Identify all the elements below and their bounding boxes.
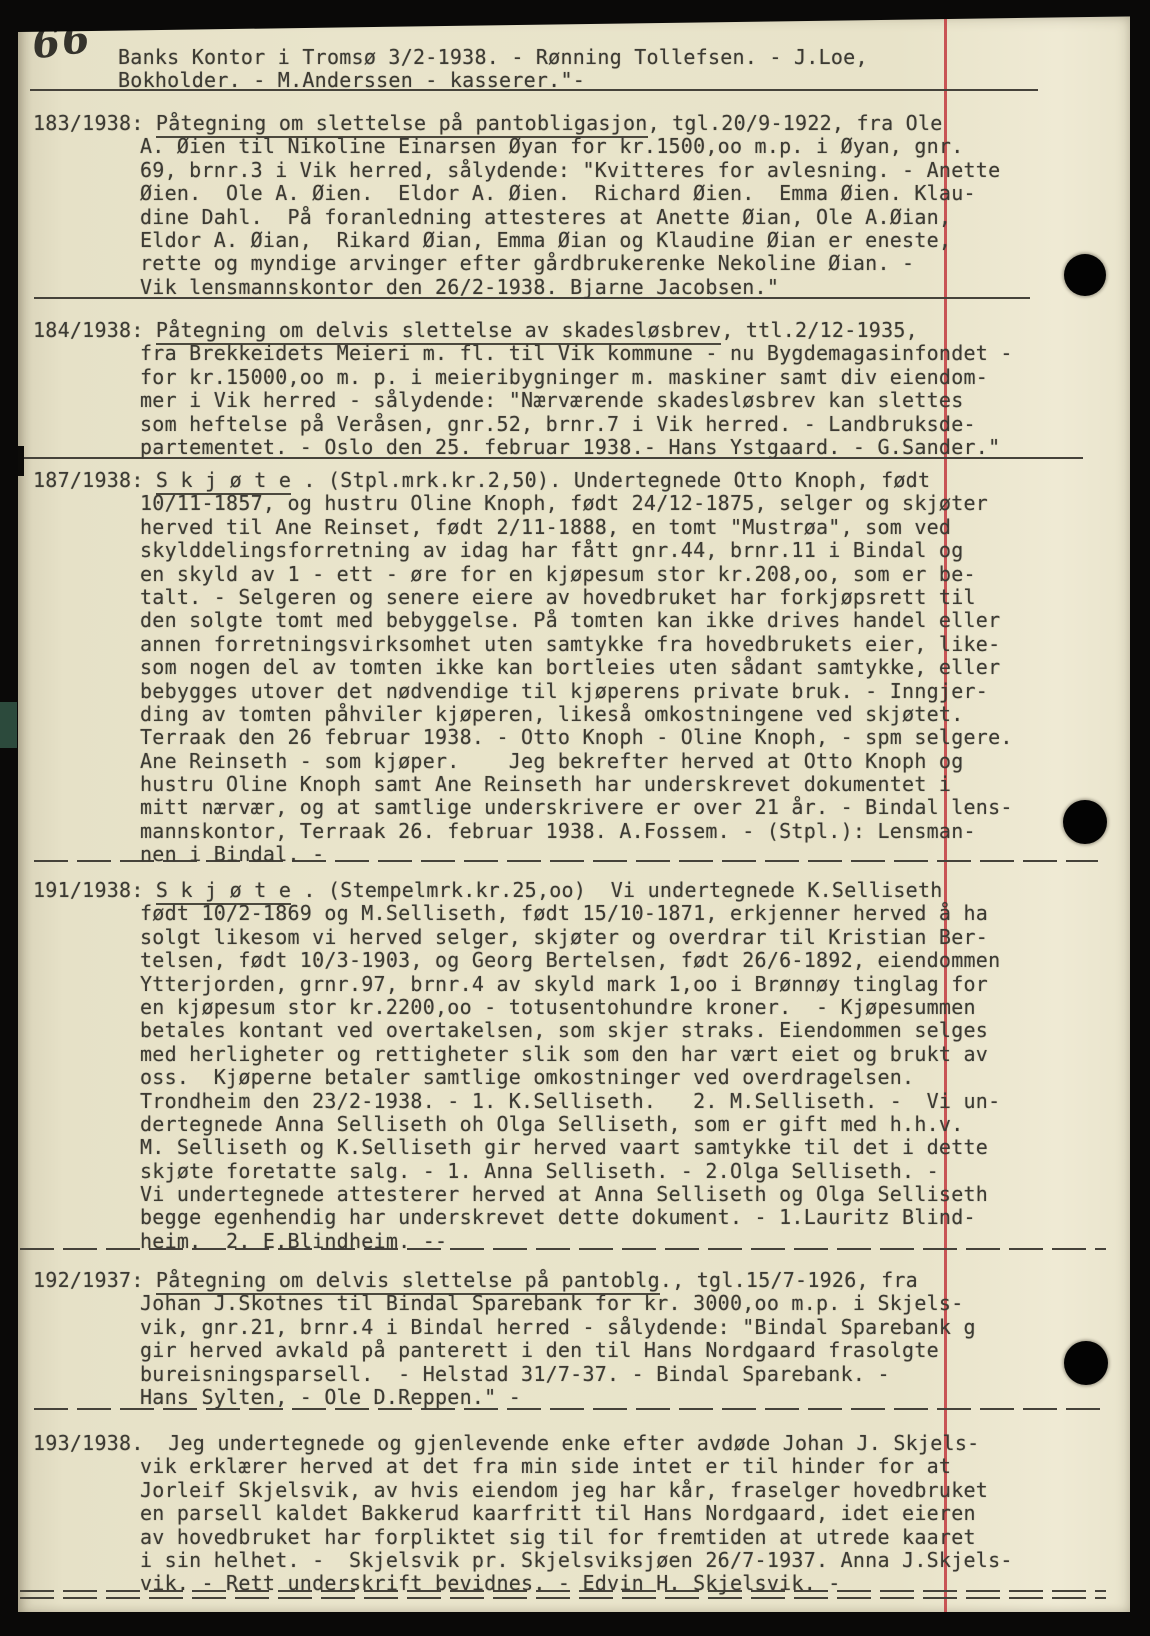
text-line: for kr.15000,oo m. p. i meieribygninger …: [33, 366, 1013, 389]
text-line: fra Brekkeidets Meieri m. fl. til Vik ko…: [33, 342, 1013, 365]
text-line: Terraak den 26 februar 1938. - Otto Knop…: [33, 726, 1013, 749]
text-line: en parsell kaldet Bakkerud kaarfritt til…: [33, 1502, 1013, 1525]
entry-number: 191/1938:: [33, 878, 144, 902]
text-line: Eldor A. Øian, Rikard Øian, Emma Øian og…: [33, 229, 1000, 252]
entry-number: 193/1938.: [33, 1431, 144, 1455]
text-line: 193/1938. Jeg undertegnede og gjenlevend…: [33, 1432, 1013, 1455]
text-line: en kjøpesum stor kr.2200,oo - totusentoh…: [33, 996, 1000, 1019]
text-line: av hovedbruket har forpliktet sig til fo…: [33, 1526, 1013, 1549]
scan-edge-right: [1130, 0, 1150, 1636]
text-line: oss. Kjøperne betaler samtlige omkostnin…: [33, 1066, 1000, 1089]
text-line: rette og myndige arvinger efter gårdbruk…: [33, 252, 1000, 275]
text-line: ding av tomten påhviler kjøperen, likeså…: [33, 703, 1013, 726]
text-line: 184/1938: Påtegning om delvis slettelse …: [33, 319, 1013, 342]
text-line: A. Øien til Nikoline Einarsen Øyan for k…: [33, 135, 1000, 158]
text-line: vik, gnr.21, brnr.4 i Bindal herred - så…: [33, 1316, 976, 1339]
entry-continuation-header: Banks Kontor i Tromsø 3/2-1938. - Rønnin…: [118, 46, 868, 93]
text-line: betales kontant ved overtakelsen, som sk…: [33, 1019, 1000, 1042]
text-line: dertegnede Anna Selliseth oh Olga Sellis…: [33, 1113, 1000, 1136]
text-line: en skyld av 1 - ett - øre for en kjøpesu…: [33, 563, 1013, 586]
text-line: Jorleif Skjelsvik, av hvis eiendom jeg h…: [33, 1479, 1013, 1502]
text-line: 191/1938: S k j ø t e . (Stempelmrk.kr.2…: [33, 879, 1000, 902]
text-line: Øien. Ole A. Øien. Eldor A. Øien. Richar…: [33, 182, 1000, 205]
text-line: som heftelse på Veråsen, gnr.52, brnr.7 …: [33, 413, 1013, 436]
text-line: Banks Kontor i Tromsø 3/2-1938. - Rønnin…: [118, 46, 868, 69]
text-line: 183/1938: Påtegning om slettelse på pant…: [33, 112, 1000, 135]
text-line: heim. 2. E.Blindheim. --: [33, 1230, 1000, 1253]
text-line: Johan J.Skotnes til Bindal Sparebank for…: [33, 1292, 976, 1315]
text-line: den solgte tomt med bebyggelse. På tomte…: [33, 609, 1013, 632]
text-line: 192/1937: Påtegning om delvis slettelse …: [33, 1269, 976, 1292]
text-line: som nogen del av tomten ikke kan bortlei…: [33, 656, 1013, 679]
entry-heading-rest: ., tgl.15/7-1926, fra: [660, 1268, 918, 1292]
scan-artifact-green: [0, 702, 17, 748]
text-line: Bokholder. - M.Anderssen - kasserer."-: [118, 69, 868, 92]
registry-entry-191-1938: 191/1938: S k j ø t e . (Stempelmrk.kr.2…: [33, 879, 1000, 1253]
entry-number: 183/1938:: [33, 111, 144, 135]
text-line: bebygges utover det nødvendige til kjøpe…: [33, 680, 1013, 703]
entry-number: 192/1937:: [33, 1268, 144, 1292]
text-line: skylddelingsforretning av idag har fått …: [33, 539, 1013, 562]
text-line: telsen, født 10/3-1903, og Georg Bertels…: [33, 949, 1000, 972]
entry-heading-rest: , tgl.20/9-1922, fra Ole: [648, 111, 943, 135]
text-line: begge egenhendig har underskrevet dette …: [33, 1206, 1000, 1229]
text-line: mer i Vik herred - sålydende: "Nærværend…: [33, 389, 1013, 412]
text-line: Vi undertegnede attesterer herved at Ann…: [33, 1183, 1000, 1206]
text-line: født 10/2-1869 og M.Selliseth, født 15/1…: [33, 902, 1000, 925]
registry-entry-184-1938: 184/1938: Påtegning om delvis slettelse …: [33, 319, 1013, 459]
entry-heading-rest: . (Stpl.mrk.kr.2,50). Undertegnede Otto …: [291, 468, 930, 492]
text-line: solgt likesom vi herved selger, skjøter …: [33, 926, 1000, 949]
registry-entry-187-1938: 187/1938: S k j ø t e . (Stpl.mrk.kr.2,5…: [33, 469, 1013, 867]
text-line: talt. - Selgeren og senere eiere av hove…: [33, 586, 1013, 609]
punch-hole: [1063, 800, 1107, 844]
text-line: herved til Ane Reinset, født 2/11-1888, …: [33, 516, 1013, 539]
scan-edge-left: [0, 0, 18, 1636]
text-line: 69, brnr.3 i Vik herred, sålydende: "Kvi…: [33, 159, 1000, 182]
scan-edge-bottom: [0, 1612, 1150, 1636]
text-line: gir herved avkald på panterett i den til…: [33, 1339, 976, 1362]
registry-entry-183-1938: 183/1938: Påtegning om slettelse på pant…: [33, 112, 1000, 299]
text-line: Trondheim den 23/2-1938. - 1. K.Selliset…: [33, 1090, 1000, 1113]
text-line: mitt nærvær, og at samtlige underskriver…: [33, 796, 1013, 819]
text-line: hustru Oline Knoph samt Ane Reinseth har…: [33, 773, 1013, 796]
entry-number: 184/1938:: [33, 318, 144, 342]
text-line: skjøte foretatte salg. - 1. Anna Sellise…: [33, 1160, 1000, 1183]
text-line: annen forretningsvirksomhet uten samtykk…: [33, 633, 1013, 656]
text-line: i sin helhet. - Skjelsvik pr. Skjelsviks…: [33, 1549, 1013, 1572]
text-line: Hans Sylten, - Ole D.Reppen." -: [33, 1386, 976, 1409]
text-line: vik. - Rett underskrift bevidnes. - Edvi…: [33, 1572, 1013, 1595]
punch-hole: [1064, 254, 1106, 296]
text-line: Ane Reinseth - som kjøper. Jeg bekrefter…: [33, 750, 1013, 773]
entry-heading-rest: . (Stempelmrk.kr.25,oo) Vi undertegnede …: [291, 878, 942, 902]
punch-hole: [1064, 1341, 1108, 1385]
text-line: nen i Bindal. -: [33, 843, 1013, 866]
registry-entry-192-1937: 192/1937: Påtegning om delvis slettelse …: [33, 1269, 976, 1409]
ruled-separator-dashed: [20, 1597, 1106, 1599]
text-line: M. Selliseth og K.Selliseth gir herved v…: [33, 1136, 1000, 1159]
text-line: 187/1938: S k j ø t e . (Stpl.mrk.kr.2,5…: [33, 469, 1013, 492]
entry-number: 187/1938:: [33, 468, 144, 492]
text-line: Ytterjorden, grnr.97, brnr.4 av skyld ma…: [33, 973, 1000, 996]
text-line: partementet. - Oslo den 25. februar 1938…: [33, 436, 1013, 459]
text-line: bureisningsparsell. - Helstad 31/7-37. -…: [33, 1363, 976, 1386]
text-line: mannskontor, Terraak 26. februar 1938. A…: [33, 820, 1013, 843]
text-line: Vik lensmannskontor den 26/2-1938. Bjarn…: [33, 276, 1000, 299]
text-line: vik erklærer herved at det fra min side …: [33, 1455, 1013, 1478]
entry-heading-rest: Jeg undertegnede og gjenlevende enke eft…: [144, 1431, 980, 1455]
text-line: med herligheter og rettigheter slik som …: [33, 1043, 1000, 1066]
text-line: 10/11-1857, og hustru Oline Knoph, født …: [33, 492, 1013, 515]
text-line: dine Dahl. På foranledning attesteres at…: [33, 206, 1000, 229]
registry-entry-193-1938: 193/1938. Jeg undertegnede og gjenlevend…: [33, 1432, 1013, 1596]
entry-heading-rest: , ttl.2/12-1935,: [721, 318, 918, 342]
